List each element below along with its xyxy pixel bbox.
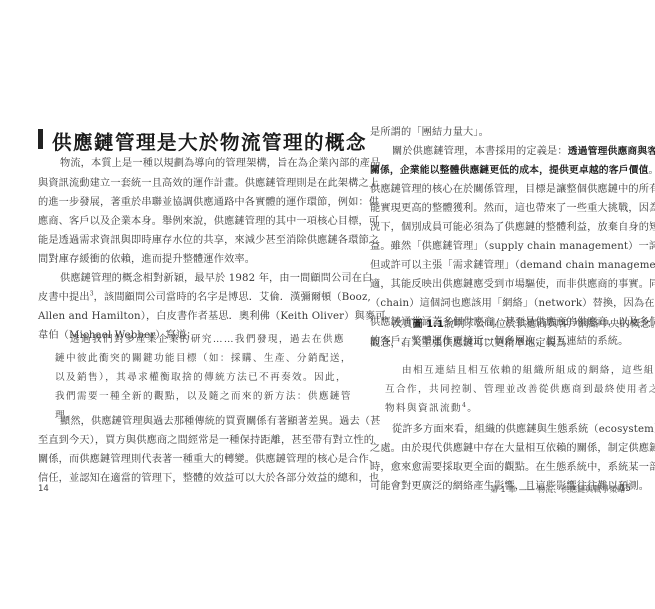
text-line: 關係，企業能以整體供應鏈更低的成本，提供更卓越的客戶價值。由此可見， — [370, 164, 655, 178]
text-segment: 。由此可見， — [649, 165, 655, 176]
text-line: 關係，而供應鏈管理則代表著一種重大的轉變。供應鏈管理的核心是合作、 — [38, 453, 379, 467]
text-line: 應商、客戶以及企業本身。舉例來說，供應鏈管理的其中一項核心目標，可 — [38, 215, 379, 229]
definition-emphasis: 透過管理供應商與客戶的上下游 — [568, 146, 655, 157]
text-line: 時，愈來愈需要採取更全面的觀點。在生態系統中，系統某一部分的變化都 — [370, 461, 655, 475]
page-number: 15 — [620, 484, 631, 494]
text-segment: 次頁 — [392, 319, 413, 330]
text-line: 況下，個別成員可能必須為了供應鏈的整體利益，放棄自身的短期或狹隘利 — [370, 221, 655, 235]
text-line: 觀念，有人主張供應鏈可以更精準地定義為： — [370, 337, 577, 351]
text-line: 適，其能反映出供應鏈應受到市場驅使，而非供應商的事實。同樣地，「鏈」 — [370, 278, 655, 292]
figure-reference: 圖 1.1 — [413, 319, 444, 330]
text-line: （chain）這個詞也應該用「網絡」（network）替換，因為在實際的情況中， — [370, 297, 655, 311]
text-line: 皮書中提出3，該間顧問公司當時的名字是博思．艾倫．漢彌爾頓（Booz, — [38, 291, 371, 305]
text-line: 但或許可以主張「需求鏈管理」（demand chain management）可… — [370, 259, 655, 273]
quote-line: 我們需要一種全新的觀點，以及隨之而來的新方法：供應鏈管 — [55, 390, 352, 404]
text-line: 是所謂的「團結力量大」。 — [370, 126, 489, 140]
section-title-bar-icon — [38, 129, 43, 149]
text-line: 供應鏈管理的核心在於關係管理，目標是讓整個供應鏈中的所有參與者都 — [370, 183, 655, 197]
page-number: 14 — [38, 484, 49, 494]
running-footer-chapter: 第 1 章 —— 物流、供應鏈與戰爭策略 — [490, 484, 625, 495]
quote-line: 鏈中彼此衝突的關鍵功能目標（如：採購、生產、分銷配送， — [55, 352, 352, 366]
text-line: 供應鏈管理的概念相對新穎，最早於 1982 年，由一間顧問公司在白 — [60, 272, 372, 286]
quote-line: 互合作，共同控制、管理並改善從供應商到最終使用者之間的 — [385, 383, 655, 397]
text-segment: 皮書中提出 — [38, 292, 90, 303]
right-page: 是所謂的「團結力量大」。 關於供應鏈管理，本書採用的定義是：透過管理供應商與客戶… — [330, 0, 655, 609]
text-segment: 說明了公司位於供應商與客戶網絡中央的概念。為擴展這個 — [444, 319, 655, 330]
text-line: 能是透過需求資訊與即時庫存水位的共享，來減少甚至消除供應鏈各環節之 — [38, 234, 379, 248]
quote-line: 以及銷售），其尋求權衡取捨的傳統方法已不再奏效。因此， — [55, 371, 347, 385]
text-line: 能實現更高的整體獲利。然而，這也帶來了一些重大挑戰，因為在某些情 — [370, 202, 655, 216]
left-page: 供應鏈管理是大於物流管理的概念 物流，本質上是一種以規劃為導向的管理架構，旨在為… — [0, 0, 330, 609]
text-line: 信任，並認知在適當的管理下，整體的效益可以大於各部分效益的總和，也 — [38, 472, 379, 486]
quote-line: 透過我們對多產業企業的研究……我們發現，過去在供應 — [70, 333, 345, 347]
section-title: 供應鏈管理是大於物流管理的概念 — [52, 127, 367, 155]
text-line: 之處。由於現代供應鏈中存在大量相互依賴的關係，制定供應鏈設計決策 — [370, 442, 655, 456]
text-line: 與資訊流動建立一套統一且高效的運作計畫。供應鏈管理則是在此架構之上 — [38, 177, 379, 191]
text-line: 的進一步發展，著重於串聯並協調供應通路中各實體的運作環節，例如：供 — [38, 196, 379, 210]
quote-line: 由相互連結且相互依賴的組織所組成的網絡，這些組織相 — [402, 364, 655, 378]
text-line: 益。雖然「供應鏈管理」（supply chain management）一詞現已… — [370, 240, 655, 254]
definition-emphasis: 關係，企業能以整體供應鏈更低的成本，提供更卓越的客戶價值 — [370, 165, 649, 176]
text-segment: 關於供應鏈管理，本書採用的定義是： — [392, 146, 568, 157]
text-line: 從許多方面來看，組織的供應鏈與生態系統（ecosystem）有許多相似 — [392, 423, 655, 437]
text-line: 關於供應鏈管理，本書採用的定義是：透過管理供應商與客戶的上下游 — [392, 145, 655, 159]
text-line: 次頁圖 1.1說明了公司位於供應商與客戶網絡中央的概念。為擴展這個 — [392, 318, 655, 332]
text-segment: 。 — [467, 403, 478, 414]
text-line: 至直到今天），買方與供應商之間經常是一種保持距離，甚至帶有對立性的 — [38, 434, 374, 448]
text-line: 間對庫存緩衝的依賴，進而提升整體運作效率。 — [38, 253, 255, 267]
quote-line: 物料與資訊流動4。 — [385, 402, 478, 416]
text-segment: 物料與資訊流動 — [385, 403, 462, 414]
